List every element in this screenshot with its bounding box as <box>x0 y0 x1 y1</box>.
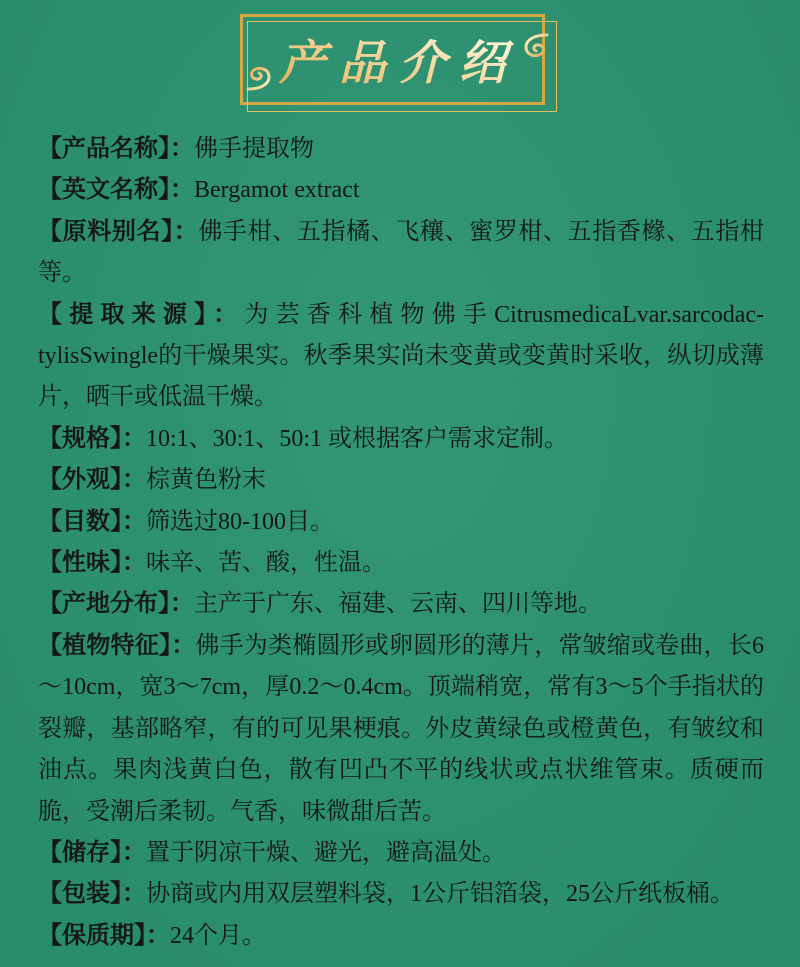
section-label: 【外观】： <box>38 467 146 493</box>
page-title: 产品介绍 <box>240 14 545 105</box>
section-label: 【植物特征】： <box>38 633 195 659</box>
section-text: 筛选过80-100目。 <box>146 509 334 535</box>
section-text: Bergamot extract <box>194 177 360 203</box>
section-row: 【保质期】：24个月。 <box>38 916 764 957</box>
section-label: 【储存】： <box>38 840 146 866</box>
section-text: 协商或内用双层塑料袋，1公斤铝箔袋，25公斤纸板桶。 <box>146 881 734 907</box>
section-row: 【外观】：棕黄色粉末 <box>38 460 764 501</box>
section-row: 【提取来源】：为芸香科植物佛手CitrusmedicaLvar.sarcodac… <box>38 295 764 419</box>
section-row: 【植物特征】：佛手为类椭圆形或卵圆形的薄片，常皱缩或卷曲，长6～10cm，宽3～… <box>38 626 764 833</box>
product-details: 【产品名称】：佛手提取物 【英文名称】：Bergamot extract 【原料… <box>0 125 800 957</box>
section-text: 棕黄色粉末 <box>146 467 266 493</box>
section-row: 【产品名称】：佛手提取物 <box>38 129 764 170</box>
section-text: 主产于广东、福建、云南、四川等地。 <box>194 591 602 617</box>
section-label: 【保质期】： <box>38 923 170 949</box>
product-intro-poster: { "theme": { "bg": "#2b9371", "ink": "#1… <box>0 0 800 967</box>
section-row: 【性味】：味辛、苦、酸，性温。 <box>38 543 764 584</box>
section-label: 【提取来源】： <box>38 302 244 328</box>
section-label: 【规格】： <box>38 426 146 452</box>
section-label: 【产地分布】： <box>38 591 194 617</box>
section-row: 【产地分布】：主产于广东、福建、云南、四川等地。 <box>38 584 764 625</box>
section-text: 10:1、30:1、50:1 或根据客户需求定制。 <box>146 426 568 452</box>
title-banner: 产品介绍 <box>0 0 800 125</box>
section-text: 佛手为类椭圆形或卵圆形的薄片，常皱缩或卷曲，长6～10cm，宽3～7cm，厚0.… <box>38 633 764 825</box>
section-row: 【英文名称】：Bergamot extract <box>38 170 764 211</box>
section-row: 【储存】：置于阴凉干燥、避光，避高温处。 <box>38 833 764 874</box>
section-label: 【目数】： <box>38 509 146 535</box>
section-row: 【原料别名】：佛手柑、五指橘、飞穰、蜜罗柑、五指香橼、五指柑等。 <box>38 212 764 295</box>
section-label: 【产品名称】： <box>38 136 194 162</box>
section-text: 佛手提取物 <box>194 136 314 162</box>
section-text: 24个月。 <box>170 923 266 949</box>
section-label: 【原料别名】： <box>38 219 198 245</box>
section-text: 味辛、苦、酸，性温。 <box>146 550 386 576</box>
section-row: 【规格】：10:1、30:1、50:1 或根据客户需求定制。 <box>38 419 764 460</box>
section-text: 置于阴凉干燥、避光，避高温处。 <box>146 840 506 866</box>
section-row: 【目数】：筛选过80-100目。 <box>38 502 764 543</box>
section-label: 【包装】： <box>38 881 146 907</box>
section-row: 【包装】：协商或内用双层塑料袋，1公斤铝箔袋，25公斤纸板桶。 <box>38 874 764 915</box>
section-label: 【性味】： <box>38 550 146 576</box>
section-label: 【英文名称】： <box>38 177 194 203</box>
